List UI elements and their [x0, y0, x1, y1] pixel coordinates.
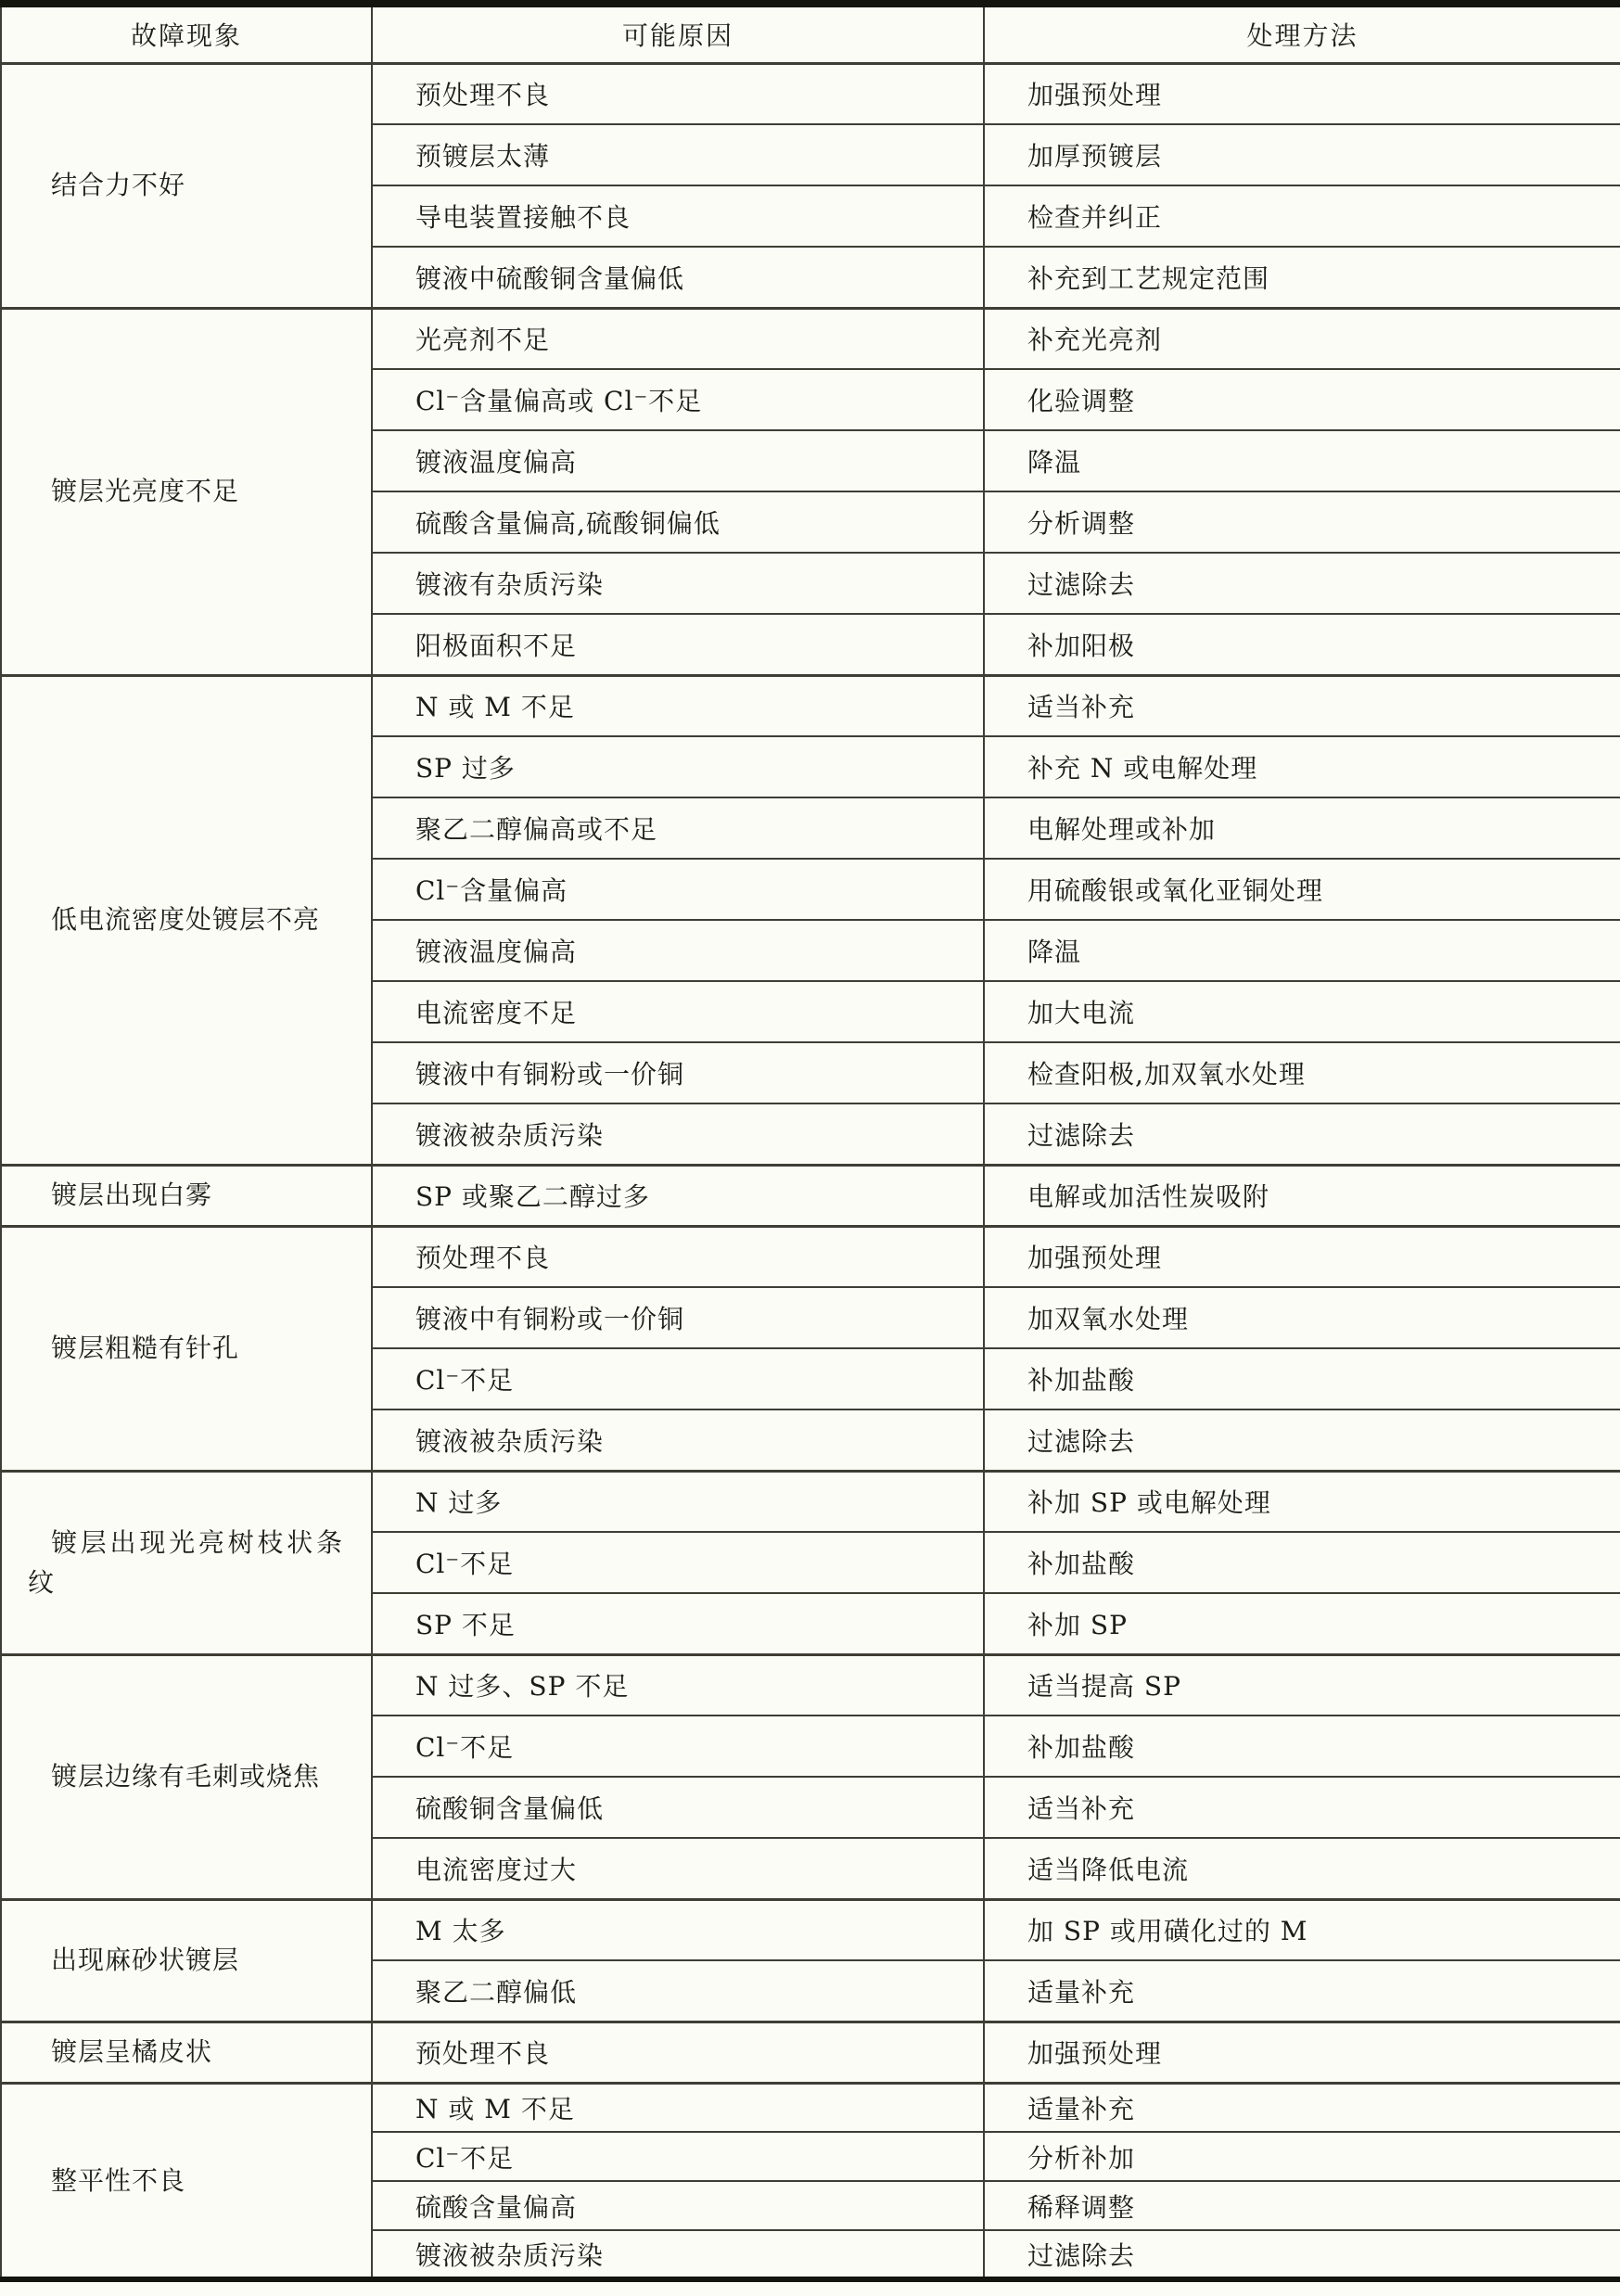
remedy-cell: 电解或加活性炭吸附	[984, 1165, 1620, 1226]
table-row: 整平性不良N 或 M 不足适量补充	[1, 2083, 1620, 2132]
cause-cell: Cl⁻含量偏高	[372, 859, 984, 920]
table-row: 镀层呈橘皮状预处理不良加强预处理	[1, 2022, 1620, 2083]
cause-cell: 预处理不良	[372, 1226, 984, 1287]
cause-cell: SP 或聚乙二醇过多	[372, 1165, 984, 1226]
phenomenon-cell: 出现麻砂状镀层	[1, 1899, 372, 2022]
phenomenon-cell: 整平性不良	[1, 2083, 372, 2279]
remedy-cell: 加大电流	[984, 981, 1620, 1042]
cause-cell: 聚乙二醇偏高或不足	[372, 797, 984, 859]
remedy-cell: 化验调整	[984, 369, 1620, 430]
cause-cell: 镀液中有铜粉或一价铜	[372, 1287, 984, 1348]
cause-cell: SP 过多	[372, 736, 984, 797]
cause-cell: M 太多	[372, 1899, 984, 1960]
remedy-cell: 补加 SP 或电解处理	[984, 1471, 1620, 1532]
column-header-phenomenon: 故障现象	[1, 4, 372, 63]
table-body: 结合力不好预处理不良加强预处理预镀层太薄加厚预镀层导电装置接触不良检查并纠正镀液…	[1, 63, 1620, 2279]
cause-cell: 预镀层太薄	[372, 124, 984, 185]
cause-cell: 光亮剂不足	[372, 308, 984, 369]
remedy-cell: 补加阳极	[984, 614, 1620, 675]
remedy-cell: 加强预处理	[984, 63, 1620, 124]
remedy-cell: 适当降低电流	[984, 1838, 1620, 1899]
remedy-cell: 补加盐酸	[984, 1348, 1620, 1409]
cause-cell: N 或 M 不足	[372, 2083, 984, 2132]
table-row: 镀层出现光亮树枝状条纹N 过多补加 SP 或电解处理	[1, 1471, 1620, 1532]
remedy-cell: 补充光亮剂	[984, 308, 1620, 369]
table-row: 出现麻砂状镀层M 太多加 SP 或用磺化过的 M	[1, 1899, 1620, 1960]
remedy-cell: 适量补充	[984, 2083, 1620, 2132]
phenomenon-cell: 镀层光亮度不足	[1, 308, 372, 675]
remedy-cell: 适当补充	[984, 675, 1620, 736]
phenomenon-cell: 镀层出现光亮树枝状条纹	[1, 1471, 372, 1654]
phenomenon-cell: 镀层呈橘皮状	[1, 2022, 372, 2083]
remedy-cell: 适量补充	[984, 1960, 1620, 2022]
cause-cell: 镀液被杂质污染	[372, 1103, 984, 1165]
table-row: 镀层粗糙有针孔预处理不良加强预处理	[1, 1226, 1620, 1287]
remedy-cell: 过滤除去	[984, 553, 1620, 614]
document-page: 故障现象 可能原因 处理方法 结合力不好预处理不良加强预处理预镀层太薄加厚预镀层…	[0, 0, 1620, 2296]
table-row: 结合力不好预处理不良加强预处理	[1, 63, 1620, 124]
remedy-cell: 降温	[984, 920, 1620, 981]
column-header-cause: 可能原因	[372, 4, 984, 63]
phenomenon-cell: 结合力不好	[1, 63, 372, 308]
remedy-cell: 补加 SP	[984, 1593, 1620, 1654]
remedy-cell: 补加盐酸	[984, 1532, 1620, 1593]
table-row: 低电流密度处镀层不亮N 或 M 不足适当补充	[1, 675, 1620, 736]
remedy-cell: 加厚预镀层	[984, 124, 1620, 185]
cause-cell: 镀液温度偏高	[372, 920, 984, 981]
remedy-cell: 检查阳极,加双氧水处理	[984, 1042, 1620, 1103]
cause-cell: 预处理不良	[372, 63, 984, 124]
phenomenon-cell: 镀层边缘有毛刺或烧焦	[1, 1654, 372, 1899]
remedy-cell: 分析调整	[984, 491, 1620, 553]
cause-cell: N 过多	[372, 1471, 984, 1532]
remedy-cell: 加强预处理	[984, 2022, 1620, 2083]
remedy-cell: 补加盐酸	[984, 1716, 1620, 1777]
cause-cell: Cl⁻不足	[372, 1532, 984, 1593]
cause-cell: 镀液有杂质污染	[372, 553, 984, 614]
cause-cell: Cl⁻含量偏高或 Cl⁻不足	[372, 369, 984, 430]
cause-cell: N 或 M 不足	[372, 675, 984, 736]
cause-cell: 镀液中硫酸铜含量偏低	[372, 247, 984, 308]
phenomenon-cell: 镀层出现白雾	[1, 1165, 372, 1226]
remedy-cell: 检查并纠正	[984, 185, 1620, 247]
phenomenon-cell: 低电流密度处镀层不亮	[1, 675, 372, 1165]
remedy-cell: 稀释调整	[984, 2181, 1620, 2230]
remedy-cell: 补充到工艺规定范围	[984, 247, 1620, 308]
cause-cell: 镀液被杂质污染	[372, 1409, 984, 1471]
remedy-cell: 电解处理或补加	[984, 797, 1620, 859]
remedy-cell: 加强预处理	[984, 1226, 1620, 1287]
cause-cell: Cl⁻不足	[372, 2132, 984, 2181]
table-row: 镀层光亮度不足光亮剂不足补充光亮剂	[1, 308, 1620, 369]
cause-cell: 硫酸含量偏高	[372, 2181, 984, 2230]
cause-cell: 聚乙二醇偏低	[372, 1960, 984, 2022]
remedy-cell: 过滤除去	[984, 2230, 1620, 2279]
cause-cell: 电流密度不足	[372, 981, 984, 1042]
cause-cell: 硫酸含量偏高,硫酸铜偏低	[372, 491, 984, 553]
remedy-cell: 降温	[984, 430, 1620, 491]
remedy-cell: 分析补加	[984, 2132, 1620, 2181]
remedy-cell: 适当提高 SP	[984, 1654, 1620, 1716]
cause-cell: 镀液温度偏高	[372, 430, 984, 491]
remedy-cell: 适当补充	[984, 1777, 1620, 1838]
remedy-cell: 过滤除去	[984, 1409, 1620, 1471]
remedy-cell: 过滤除去	[984, 1103, 1620, 1165]
cause-cell: SP 不足	[372, 1593, 984, 1654]
header-row: 故障现象 可能原因 处理方法	[1, 4, 1620, 63]
remedy-cell: 加 SP 或用磺化过的 M	[984, 1899, 1620, 1960]
cause-cell: Cl⁻不足	[372, 1716, 984, 1777]
table-row: 镀层边缘有毛刺或烧焦N 过多、SP 不足适当提高 SP	[1, 1654, 1620, 1716]
cause-cell: 硫酸铜含量偏低	[372, 1777, 984, 1838]
column-header-remedy: 处理方法	[984, 4, 1620, 63]
phenomenon-cell: 镀层粗糙有针孔	[1, 1226, 372, 1471]
cause-cell: 镀液中有铜粉或一价铜	[372, 1042, 984, 1103]
remedy-cell: 补充 N 或电解处理	[984, 736, 1620, 797]
cause-cell: 预处理不良	[372, 2022, 984, 2083]
table-row: 镀层出现白雾SP 或聚乙二醇过多电解或加活性炭吸附	[1, 1165, 1620, 1226]
cause-cell: 阳极面积不足	[372, 614, 984, 675]
cause-cell: 镀液被杂质污染	[372, 2230, 984, 2279]
cause-cell: Cl⁻不足	[372, 1348, 984, 1409]
remedy-cell: 加双氧水处理	[984, 1287, 1620, 1348]
fault-diagnosis-table: 故障现象 可能原因 处理方法 结合力不好预处理不良加强预处理预镀层太薄加厚预镀层…	[0, 0, 1620, 2282]
cause-cell: 电流密度过大	[372, 1838, 984, 1899]
remedy-cell: 用硫酸银或氧化亚铜处理	[984, 859, 1620, 920]
cause-cell: 导电装置接触不良	[372, 185, 984, 247]
cause-cell: N 过多、SP 不足	[372, 1654, 984, 1716]
